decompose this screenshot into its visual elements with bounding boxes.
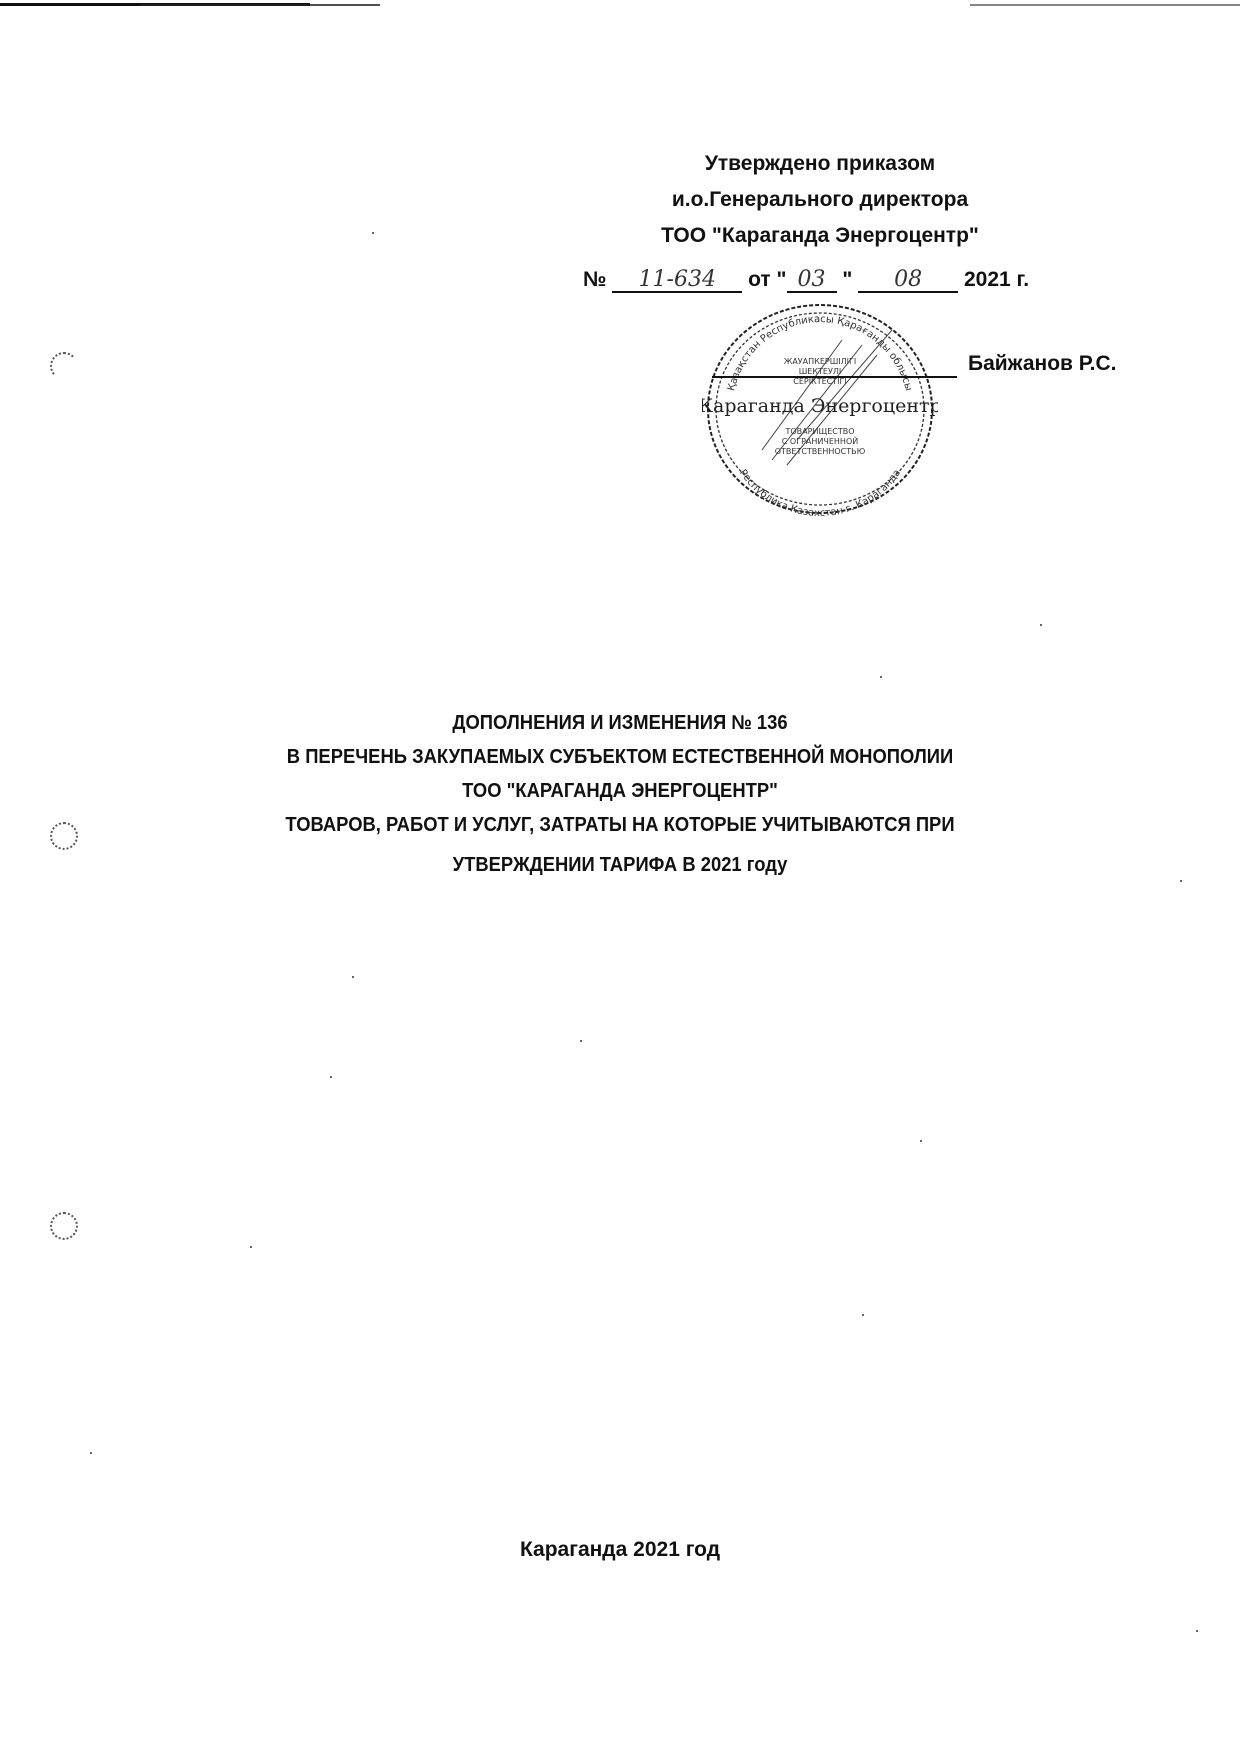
order-number-line: № 11-634 от "03 " 08 2021 г. (583, 268, 1029, 293)
title-line: ДОПОЛНЕНИЯ И ИЗМЕНЕНИЯ № 136 (188, 706, 1053, 740)
title-line: ТОВАРОВ, РАБОТ И УСЛУГ, ЗАТРАТЫ НА КОТОР… (188, 808, 1053, 842)
number-sign: № (583, 268, 606, 291)
title-line: ТОО "КАРАГАНДА ЭНЕРГОЦЕНТР" (188, 774, 1053, 808)
svg-text:ОТВЕТСТВЕННОСТЬЮ: ОТВЕТСТВЕННОСТЬЮ (775, 447, 866, 456)
svg-text:С ОГРАНИЧЕННОЙ: С ОГРАНИЧЕННОЙ (782, 435, 858, 446)
approval-line: ТОО "Караганда Энергоцентр" (560, 218, 1080, 254)
date-prefix: от " (748, 268, 786, 291)
signatory-name: Байжанов Р.С. (968, 352, 1116, 376)
quote-separator: " (842, 268, 852, 291)
scan-speck (880, 676, 882, 678)
order-day: 03 (787, 269, 837, 293)
scan-edge-artifact (140, 4, 380, 6)
hole-punch-mark (50, 1212, 78, 1240)
scan-speck (862, 1314, 864, 1316)
scan-speck (920, 1140, 922, 1142)
approval-block: Утверждено приказом и.о.Генерального дир… (560, 146, 1080, 254)
scan-speck (1180, 880, 1182, 882)
svg-text:ТОВАРИЩЕСТВО: ТОВАРИЩЕСТВО (784, 427, 854, 436)
hole-punch-mark (50, 822, 78, 850)
scan-speck (352, 976, 354, 978)
title-line: УТВЕРЖДЕНИИ ТАРИФА В 2021 году (188, 848, 1053, 882)
order-number: 11-634 (612, 269, 742, 293)
order-year: 2021 г. (964, 268, 1029, 291)
svg-text:ЖАУАПКЕРШІЛІГІ: ЖАУАПКЕРШІЛІГІ (784, 357, 857, 366)
place-and-year: Караганда 2021 год (0, 1538, 1240, 1562)
scan-speck (330, 1076, 332, 1078)
approval-line: и.о.Генерального директора (560, 182, 1080, 218)
title-line: В ПЕРЕЧЕНЬ ЗАКУПАЕМЫХ СУБЪЕКТОМ ЕСТЕСТВЕ… (188, 740, 1053, 774)
scan-speck (372, 232, 374, 234)
scan-speck (1040, 624, 1042, 626)
scan-edge-artifact (970, 4, 1240, 6)
scan-speck (1196, 1630, 1198, 1632)
scan-speck (580, 1040, 582, 1042)
document-title: ДОПОЛНЕНИЯ И ИЗМЕНЕНИЯ № 136 В ПЕРЕЧЕНЬ … (188, 706, 1053, 882)
svg-text:СЕРІКТЕСТІГІ: СЕРІКТЕСТІГІ (793, 377, 847, 386)
signature-line (712, 376, 957, 378)
hole-punch-mark (50, 352, 78, 380)
svg-text:Караганда Энергоцентр: Караганда Энергоцентр (702, 395, 938, 417)
approval-line: Утверждено приказом (560, 146, 1080, 182)
company-seal-stamp: Қазақстан Республикасы Қарағанды облысы … (702, 300, 938, 518)
scan-speck (90, 1452, 92, 1454)
scan-speck (250, 1246, 252, 1248)
svg-text:ШЕКТЕУЛІ: ШЕКТЕУЛІ (799, 367, 841, 376)
svg-text:Республика Казахстан г. Карага: Республика Казахстан г. Караганда (737, 468, 903, 518)
order-month: 08 (858, 269, 958, 293)
